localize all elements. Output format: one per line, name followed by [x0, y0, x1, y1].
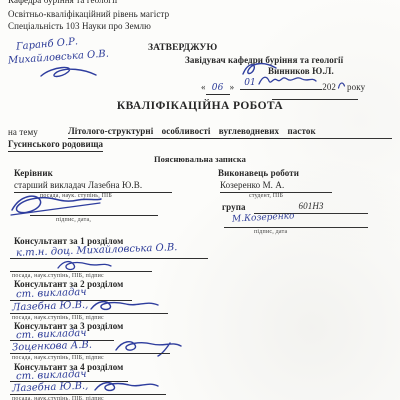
date-month-scribble-icon [256, 72, 318, 89]
supervisor-signature-line [30, 215, 158, 216]
supervisor-signature-icon [8, 191, 104, 218]
theme-prefix: на тему [8, 127, 38, 138]
executor-caption-student: студент, ПІБ [249, 193, 283, 199]
supervisor-label: Керівник [14, 168, 53, 179]
document-title: КВАЛІФІКАЦІЙНА РОБОТА [0, 100, 400, 112]
theme-text-line1: Літолого-структурні особливості вуглевод… [68, 126, 392, 139]
theme-text-line2: Гусинського родовища [8, 139, 103, 152]
consultant-3-signature-icon [112, 337, 184, 357]
consultant-1-line2 [10, 271, 152, 272]
supervisor-caption-signature: підпис, дата, [56, 217, 91, 223]
date-blank-handwritten: 01 [244, 78, 256, 89]
executor-signature-handwritten: М.Козеренко [232, 211, 295, 224]
consultant-2-line2 [10, 313, 168, 314]
date-year-word: року [347, 82, 365, 93]
scanned-thesis-title-page: Кафедра буріння та геології Освітньо-ква… [0, 0, 400, 400]
consultant-3-line2 [10, 353, 170, 354]
header-department: Кафедра буріння та геології [8, 0, 117, 6]
executor-name: Козеренко М. А. [220, 180, 332, 193]
note-signature-icon [38, 64, 100, 82]
header-speciality: Спеціальність 103 Науки про Землю [8, 21, 151, 32]
consultant-2-handwritten-name: Лазебна Ю.В., [12, 300, 89, 314]
approval-date-row: « 06 » 01 202 року [201, 78, 365, 95]
date-day-handwritten: 06 [206, 83, 230, 95]
consultant-3-handwritten-name: Зоценкова А.В. [12, 340, 92, 354]
date-year-mark-icon [337, 80, 346, 90]
consultant-3-caption: посада, наук.ступінь, ПІБ, підпис [12, 355, 104, 361]
consultant-4-caption: посада, наук.ступінь, ПІБ, підпис [12, 396, 104, 400]
executor-signature-line [224, 227, 368, 228]
header-education-level: Освітньо-кваліфікаційний рівень магістр [8, 9, 169, 20]
date-year-prefix: 202 [322, 82, 336, 93]
date-month-blank: 01 [240, 78, 322, 90]
consultant-4-line2 [10, 394, 166, 395]
consultant-4-handwritten-name: Лазебна Ю.В., [12, 381, 89, 395]
consultant-2-handwritten-position: ст. викладач [16, 287, 87, 300]
executor-label: Виконавець роботи [218, 168, 299, 179]
executor-group-label: група [222, 202, 246, 213]
executor-caption-signature: підпис, дата [254, 229, 287, 235]
date-quote-close: » [230, 82, 235, 93]
document-subtitle: Пояснювальна записка [0, 154, 400, 165]
approval-stamp-label: ЗАТВЕРДЖУЮ [148, 43, 217, 54]
